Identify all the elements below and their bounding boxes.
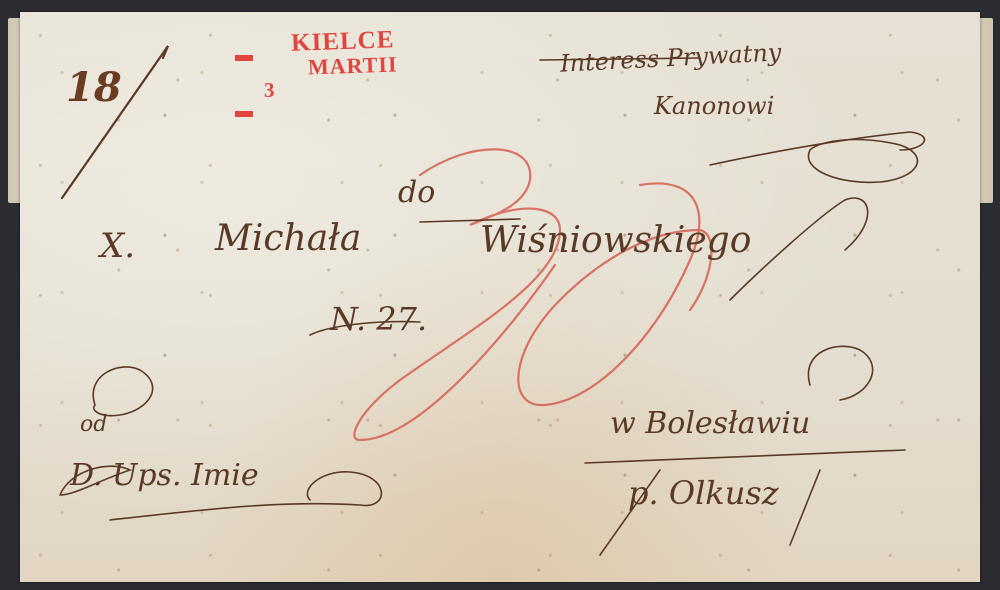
destination-town: w Bolesławiu	[610, 406, 810, 441]
address-title: X.	[100, 226, 135, 266]
handwriting-strokes	[0, 0, 1000, 590]
bol-loop	[808, 346, 872, 400]
address-given-name: Michała	[215, 218, 361, 259]
destination-post-office: p. Olkusz	[628, 474, 779, 512]
sender-prefix: od	[80, 412, 107, 437]
address-prefix: do	[398, 175, 435, 210]
kanonowi-loop	[808, 140, 917, 183]
manuscript-kanonowi: Kanonowi	[654, 92, 774, 120]
sender-name: D. Ups. Imie	[70, 458, 259, 493]
postmark-date-bar	[235, 55, 253, 117]
address-surname: Wiśniowskiego	[480, 220, 751, 261]
postmark-kielce: KIELCE MARTII	[288, 30, 398, 78]
olkusz-descender	[790, 470, 820, 545]
address-number: N. 27.	[330, 300, 427, 338]
od-loop	[93, 367, 152, 416]
destination-rule	[585, 450, 905, 463]
postmark-month: MARTII	[308, 52, 398, 79]
manuscript-rate: 18	[66, 64, 122, 111]
postmark-day: 3	[264, 78, 275, 103]
